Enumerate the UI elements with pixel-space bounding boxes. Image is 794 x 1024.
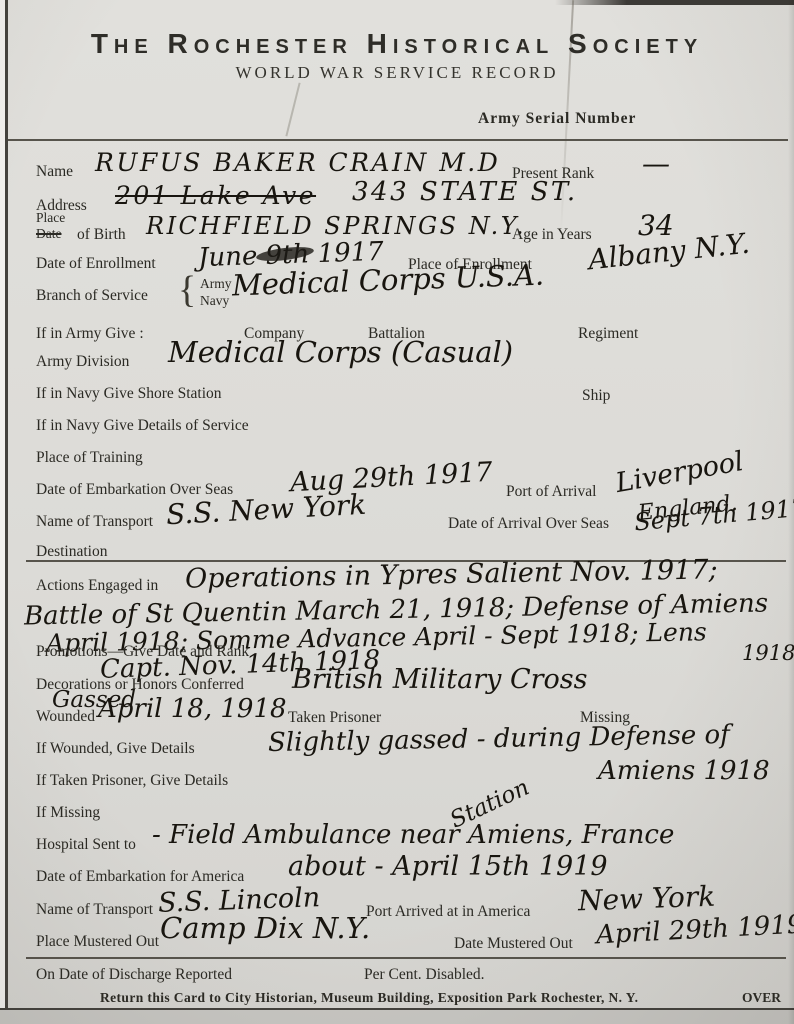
port-of-arrival-value: Liverpool [614, 448, 746, 497]
age-label: Age in Years [512, 226, 592, 244]
port-of-arrival-label: Port of Arrival [506, 483, 596, 501]
address-new-value: 343 STATE ST. [352, 179, 578, 205]
wounded-value: April 18, 1918 [98, 696, 287, 722]
present-rank-value: — [642, 150, 670, 178]
society-title: The Rochester Historical Society [0, 28, 794, 60]
serial-number-label: Army Serial Number [478, 110, 636, 128]
scan-edge-left-dark [5, 0, 8, 1012]
rule-line [8, 139, 788, 141]
branch-navy-option: Navy [200, 293, 229, 309]
embarkation-america-value: about - April 15th 1919 [288, 853, 608, 880]
transport-america-label: Name of Transport [36, 901, 153, 919]
place-of-birth-label: of Birth [77, 226, 126, 244]
army-division-value: Medical Corps (Casual) [168, 338, 513, 367]
record-subtitle: WORLD WAR SERVICE RECORD [0, 63, 794, 83]
paper-crease-small [285, 83, 300, 137]
port-america-value: New York [578, 883, 716, 916]
decorations-value: British Military Cross [292, 666, 587, 693]
scan-edge-top [555, 0, 794, 5]
actions-line1: Operations in Ypres Salient Nov. 1917; [185, 556, 718, 592]
embarkation-america-label: Date of Embarkation for America [36, 868, 244, 886]
address-old-value: 201 Lake Ave [115, 183, 316, 208]
percent-disabled-label: Per Cent. Disabled. [364, 966, 485, 984]
place-of-birth-value: RICHFIELD SPRINGS N.Y. [146, 214, 526, 238]
place-of-enrollment-value: Albany N.Y. [587, 230, 751, 275]
name-value: RUFUS BAKER CRAIN M.D [95, 150, 500, 175]
hospital-value: - Field Ambulance near Amiens, France [152, 822, 674, 848]
actions-engaged-label: Actions Engaged in [36, 577, 158, 595]
branch-army-option: Army [200, 276, 232, 292]
branch-brace: { [178, 268, 196, 312]
branch-of-service-value: Medical Corps U.S.A. [232, 261, 545, 301]
arrival-overseas-label: Date of Arrival Over Seas [448, 515, 609, 533]
place-of-birth-label-place: Place [36, 210, 65, 226]
port-america-label: Port Arrived at in America [366, 903, 530, 921]
date-mustered-out-value: April 29th 1919 [595, 912, 794, 949]
transport-overseas-value: S.S. New York [165, 491, 366, 529]
date-of-enrollment-label: Date of Enrollment [36, 255, 156, 273]
army-division-label: Army Division [36, 353, 129, 371]
transport-overseas-label: Name of Transport [36, 513, 153, 531]
branch-of-service-label: Branch of Service [36, 287, 148, 305]
rule-line [26, 957, 786, 959]
wounded-details-value-line2: Amiens 1918 [598, 758, 770, 784]
name-label: Name [36, 163, 73, 181]
discharge-reported-label: On Date of Discharge Reported [36, 966, 232, 984]
wounded-details-value: Slightly gassed - during Defense of [268, 722, 730, 756]
if-missing-label: If Missing [36, 804, 100, 822]
actions-line4: 1918. [742, 643, 794, 664]
navy-details-label: If in Navy Give Details of Service [36, 417, 249, 435]
destination-label: Destination [36, 543, 107, 561]
wounded-label: Wounded [36, 708, 95, 726]
if-in-army-label: If in Army Give : [36, 325, 144, 343]
prisoner-details-label: If Taken Prisoner, Give Details [36, 772, 228, 790]
scan-edge-bottom-band [0, 1010, 794, 1024]
taken-prisoner-label: Taken Prisoner [288, 709, 381, 727]
place-mustered-out-value: Camp Dix N.Y. [160, 914, 370, 943]
place-of-training-label: Place of Training [36, 449, 143, 467]
place-mustered-out-label: Place Mustered Out [36, 933, 159, 951]
return-card-text: Return this Card to City Historian, Muse… [100, 990, 638, 1006]
navy-shore-station-label: If in Navy Give Shore Station [36, 385, 222, 403]
place-of-birth-label-date-struck: Date [36, 226, 61, 242]
hospital-sent-to-label: Hospital Sent to [36, 836, 136, 854]
ship-label: Ship [582, 387, 610, 405]
wounded-details-label: If Wounded, Give Details [36, 740, 195, 758]
regiment-label: Regiment [578, 325, 638, 343]
record-card: The Rochester Historical Society WORLD W… [0, 0, 794, 1024]
over-text: OVER [742, 990, 781, 1006]
date-mustered-out-label: Date Mustered Out [454, 935, 573, 953]
